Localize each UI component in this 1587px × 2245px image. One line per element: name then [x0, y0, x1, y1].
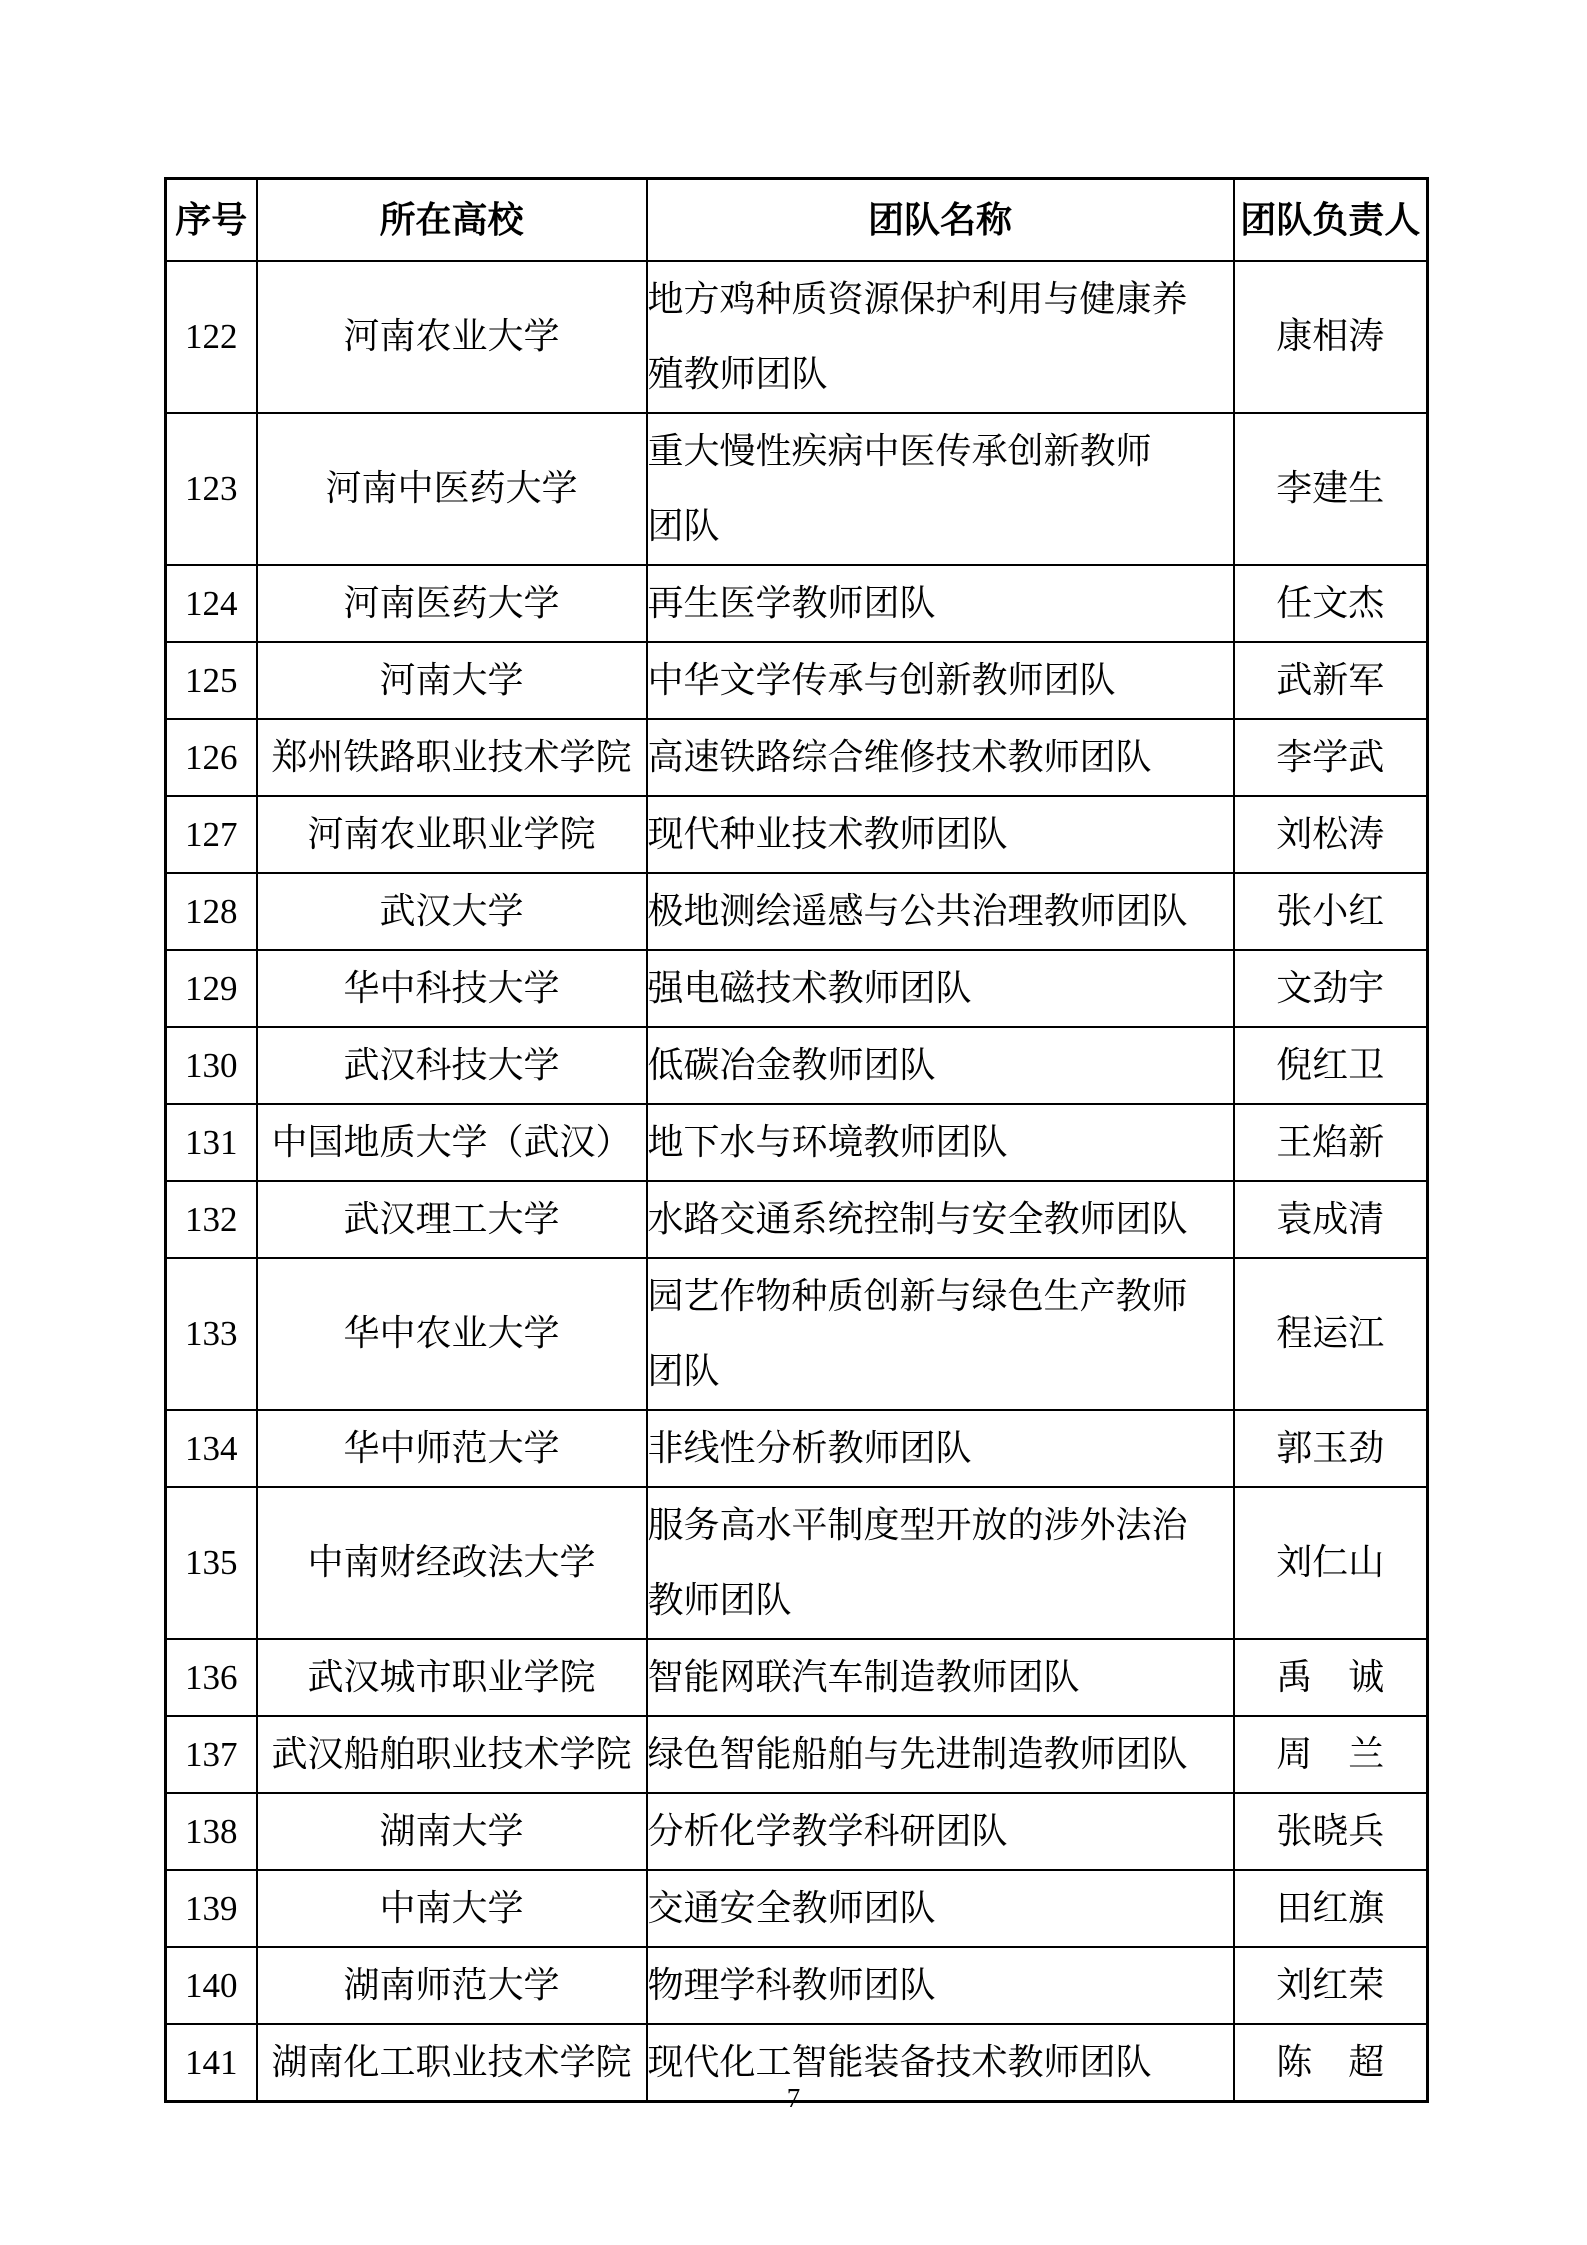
leader-cell: 倪红卫 — [1234, 1027, 1428, 1104]
team-name-cell: 绿色智能船舶与先进制造教师团队 — [647, 1716, 1234, 1793]
team-name-cell: 服务高水平制度型开放的涉外法治 教师团队 — [647, 1487, 1234, 1639]
team-name-cell: 智能网联汽车制造教师团队 — [647, 1639, 1234, 1716]
table-row: 132武汉理工大学水路交通系统控制与安全教师团队袁成清 — [166, 1181, 1428, 1258]
table-row: 129华中科技大学强电磁技术教师团队文劲宇 — [166, 950, 1428, 1027]
leader-cell: 程运江 — [1234, 1258, 1428, 1410]
row-number-cell: 140 — [166, 1947, 257, 2024]
team-name-cell: 非线性分析教师团队 — [647, 1410, 1234, 1487]
header-cell-leader: 团队负责人 — [1234, 179, 1428, 261]
university-cell: 中国地质大学（武汉） — [257, 1104, 647, 1181]
leader-cell: 刘红荣 — [1234, 1947, 1428, 2024]
table-row: 138湖南大学分析化学教学科研团队张晓兵 — [166, 1793, 1428, 1870]
table-row: 137武汉船舶职业技术学院绿色智能船舶与先进制造教师团队周 兰 — [166, 1716, 1428, 1793]
team-name-cell: 重大慢性疾病中医传承创新教师 团队 — [647, 413, 1234, 565]
table-row: 130武汉科技大学低碳冶金教师团队倪红卫 — [166, 1027, 1428, 1104]
row-number-cell: 124 — [166, 565, 257, 642]
row-number-cell: 125 — [166, 642, 257, 719]
table-row: 125河南大学中华文学传承与创新教师团队武新军 — [166, 642, 1428, 719]
table-row: 136武汉城市职业学院智能网联汽车制造教师团队禹 诚 — [166, 1639, 1428, 1716]
row-number-cell: 122 — [166, 261, 257, 413]
table-row: 140湖南师范大学物理学科教师团队刘红荣 — [166, 1947, 1428, 2024]
team-name-cell: 现代种业技术教师团队 — [647, 796, 1234, 873]
row-number-cell: 130 — [166, 1027, 257, 1104]
row-number-cell: 136 — [166, 1639, 257, 1716]
team-name-cell: 分析化学教学科研团队 — [647, 1793, 1234, 1870]
header-cell-index: 序号 — [166, 179, 257, 261]
header-cell-university: 所在高校 — [257, 179, 647, 261]
university-cell: 华中农业大学 — [257, 1258, 647, 1410]
university-cell: 河南医药大学 — [257, 565, 647, 642]
row-number-cell: 138 — [166, 1793, 257, 1870]
row-number-cell: 126 — [166, 719, 257, 796]
university-cell: 武汉船舶职业技术学院 — [257, 1716, 647, 1793]
table-row: 135中南财经政法大学服务高水平制度型开放的涉外法治 教师团队刘仁山 — [166, 1487, 1428, 1639]
page-number: 7 — [0, 2082, 1587, 2114]
university-cell: 武汉大学 — [257, 873, 647, 950]
table-row: 127河南农业职业学院现代种业技术教师团队刘松涛 — [166, 796, 1428, 873]
row-number-cell: 128 — [166, 873, 257, 950]
leader-cell: 刘松涛 — [1234, 796, 1428, 873]
leader-cell: 刘仁山 — [1234, 1487, 1428, 1639]
university-cell: 武汉理工大学 — [257, 1181, 647, 1258]
team-name-cell: 极地测绘遥感与公共治理教师团队 — [647, 873, 1234, 950]
table-row: 128武汉大学极地测绘遥感与公共治理教师团队张小红 — [166, 873, 1428, 950]
team-name-cell: 低碳冶金教师团队 — [647, 1027, 1234, 1104]
table-header: 序号 所在高校 团队名称 团队负责人 — [166, 179, 1428, 261]
row-number-cell: 129 — [166, 950, 257, 1027]
team-name-cell: 地下水与环境教师团队 — [647, 1104, 1234, 1181]
university-cell: 河南农业职业学院 — [257, 796, 647, 873]
team-name-cell: 物理学科教师团队 — [647, 1947, 1234, 2024]
header-cell-team-name: 团队名称 — [647, 179, 1234, 261]
university-cell: 华中师范大学 — [257, 1410, 647, 1487]
university-cell: 湖南大学 — [257, 1793, 647, 1870]
university-cell: 河南大学 — [257, 642, 647, 719]
university-cell: 武汉城市职业学院 — [257, 1639, 647, 1716]
university-cell: 华中科技大学 — [257, 950, 647, 1027]
leader-cell: 王焰新 — [1234, 1104, 1428, 1181]
header-row: 序号 所在高校 团队名称 团队负责人 — [166, 179, 1428, 261]
leader-cell: 康相涛 — [1234, 261, 1428, 413]
university-cell: 湖南师范大学 — [257, 1947, 647, 2024]
leader-cell: 郭玉劲 — [1234, 1410, 1428, 1487]
leader-cell: 任文杰 — [1234, 565, 1428, 642]
teacher-teams-table: 序号 所在高校 团队名称 团队负责人 122河南农业大学地方鸡种质资源保护利用与… — [164, 177, 1429, 2103]
university-cell: 河南农业大学 — [257, 261, 647, 413]
university-cell: 武汉科技大学 — [257, 1027, 647, 1104]
team-name-cell: 地方鸡种质资源保护利用与健康养 殖教师团队 — [647, 261, 1234, 413]
university-cell: 中南财经政法大学 — [257, 1487, 647, 1639]
row-number-cell: 123 — [166, 413, 257, 565]
leader-cell: 张晓兵 — [1234, 1793, 1428, 1870]
team-name-cell: 交通安全教师团队 — [647, 1870, 1234, 1947]
leader-cell: 袁成清 — [1234, 1181, 1428, 1258]
university-cell: 中南大学 — [257, 1870, 647, 1947]
document-page: 序号 所在高校 团队名称 团队负责人 122河南农业大学地方鸡种质资源保护利用与… — [0, 0, 1587, 2245]
table-row: 131中国地质大学（武汉）地下水与环境教师团队王焰新 — [166, 1104, 1428, 1181]
university-cell: 河南中医药大学 — [257, 413, 647, 565]
leader-cell: 李学武 — [1234, 719, 1428, 796]
team-name-cell: 中华文学传承与创新教师团队 — [647, 642, 1234, 719]
row-number-cell: 131 — [166, 1104, 257, 1181]
team-name-cell: 园艺作物种质创新与绿色生产教师 团队 — [647, 1258, 1234, 1410]
table-row: 139中南大学交通安全教师团队田红旗 — [166, 1870, 1428, 1947]
university-cell: 郑州铁路职业技术学院 — [257, 719, 647, 796]
team-name-cell: 再生医学教师团队 — [647, 565, 1234, 642]
table-row: 126郑州铁路职业技术学院高速铁路综合维修技术教师团队李学武 — [166, 719, 1428, 796]
table-row: 124河南医药大学再生医学教师团队任文杰 — [166, 565, 1428, 642]
table-row: 122河南农业大学地方鸡种质资源保护利用与健康养 殖教师团队康相涛 — [166, 261, 1428, 413]
table-body: 122河南农业大学地方鸡种质资源保护利用与健康养 殖教师团队康相涛123河南中医… — [166, 261, 1428, 2102]
leader-cell: 田红旗 — [1234, 1870, 1428, 1947]
table-row: 123河南中医药大学重大慢性疾病中医传承创新教师 团队李建生 — [166, 413, 1428, 565]
table-row: 134华中师范大学非线性分析教师团队郭玉劲 — [166, 1410, 1428, 1487]
leader-cell: 李建生 — [1234, 413, 1428, 565]
row-number-cell: 127 — [166, 796, 257, 873]
row-number-cell: 133 — [166, 1258, 257, 1410]
row-number-cell: 135 — [166, 1487, 257, 1639]
team-name-cell: 高速铁路综合维修技术教师团队 — [647, 719, 1234, 796]
row-number-cell: 134 — [166, 1410, 257, 1487]
leader-cell: 文劲宇 — [1234, 950, 1428, 1027]
leader-cell: 武新军 — [1234, 642, 1428, 719]
row-number-cell: 137 — [166, 1716, 257, 1793]
row-number-cell: 139 — [166, 1870, 257, 1947]
row-number-cell: 132 — [166, 1181, 257, 1258]
leader-cell: 张小红 — [1234, 873, 1428, 950]
team-name-cell: 强电磁技术教师团队 — [647, 950, 1234, 1027]
leader-cell: 禹 诚 — [1234, 1639, 1428, 1716]
table-row: 133华中农业大学园艺作物种质创新与绿色生产教师 团队程运江 — [166, 1258, 1428, 1410]
leader-cell: 周 兰 — [1234, 1716, 1428, 1793]
team-name-cell: 水路交通系统控制与安全教师团队 — [647, 1181, 1234, 1258]
